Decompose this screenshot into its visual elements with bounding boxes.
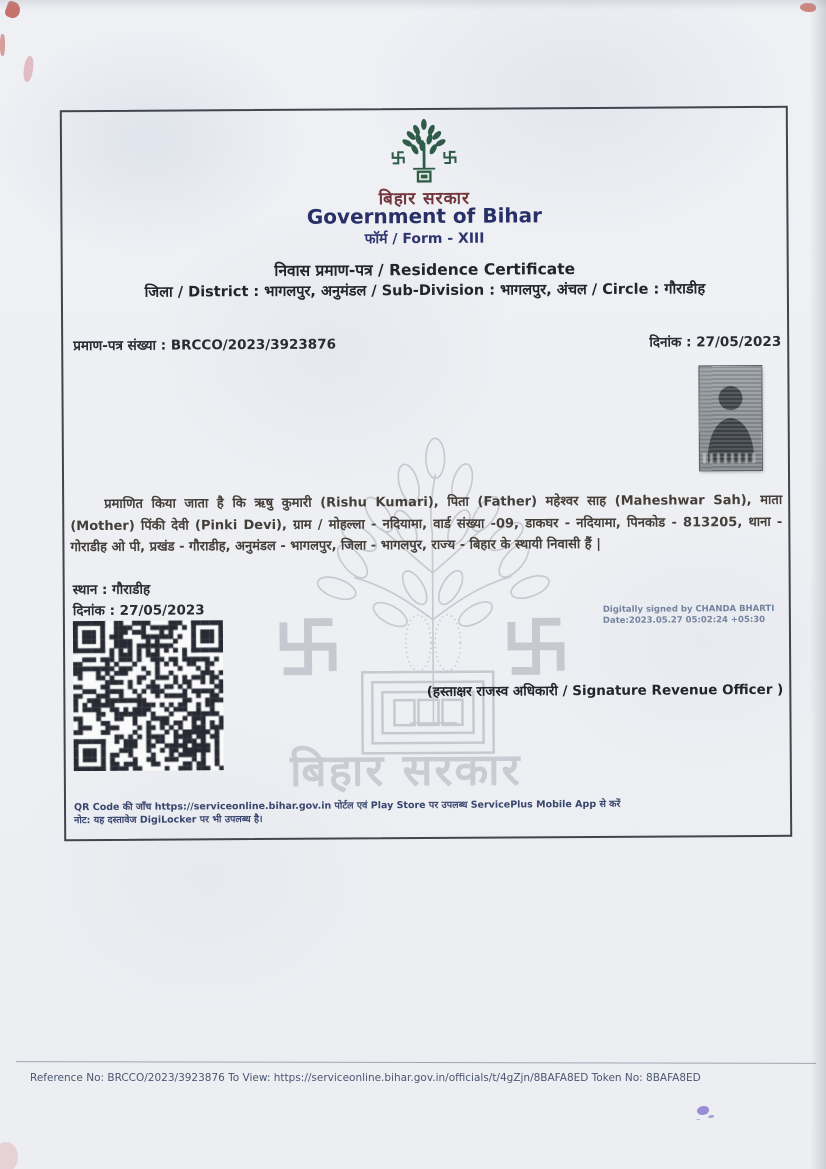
watermark-swastika-right-icon <box>501 611 571 681</box>
district-subdivision-circle-line: जिला / District : भागलपुर, अनुमंडल / Sub… <box>63 278 787 302</box>
bodhi-tree-emblem-icon <box>374 117 474 190</box>
digital-signature-block: Digitally signed by CHANDA BHARTI Date:2… <box>603 604 789 627</box>
reference-line: Reference No: BRCCO/2023/3923876 To View… <box>30 1072 701 1084</box>
ink-splatter <box>697 1106 709 1115</box>
certificate-frame: बिहार सरकार Government of Bihar फॉर्म / … <box>60 106 792 841</box>
watermark-text: बिहार सरकार <box>226 737 586 799</box>
certificate-issue-date-top: दिनांक : 27/05/2023 <box>649 332 781 351</box>
issue-date: दिनांक : 27/05/2023 <box>73 600 205 619</box>
scanner-artifact-pink-left <box>22 56 35 83</box>
qr-code <box>73 620 224 771</box>
watermark-tree <box>271 357 594 789</box>
watermark-swastika-left-icon <box>273 612 343 682</box>
certificate-number: प्रमाण-पत्र संख्या : BRCCO/2023/3923876 <box>73 335 336 355</box>
signature-revenue-officer-line: (हस्ताक्षर राजस्व अधिकारी / Signature Re… <box>427 680 784 700</box>
scanner-artifact-red-left <box>0 34 5 56</box>
photo-caption-strip <box>703 453 759 463</box>
government-name-english: Government of Bihar <box>62 202 786 230</box>
footer-separator-line <box>16 1061 816 1064</box>
certificate-body-paragraph: प्रमाणित किया जाता है कि ऋषु कुमारी (Ris… <box>70 490 782 559</box>
page-edge-shadow-right <box>810 0 826 1169</box>
scanned-page: बिहार सरकार Government of Bihar फॉर्म / … <box>0 0 826 1169</box>
issue-place: स्थान : गौराडीह <box>73 580 151 598</box>
page-edge-shadow-top <box>0 0 826 10</box>
applicant-photo <box>699 366 762 470</box>
bihar-government-emblem <box>62 115 786 191</box>
digital-signature-line2: Date:2023.05.27 05:02:24 +05:30 <box>603 615 789 627</box>
qr-verification-notes: QR Code की जाँच https://serviceonline.bi… <box>74 797 774 827</box>
form-number: फॉर्म / Form - XIII <box>63 227 787 250</box>
scanner-artifact-pink-bottom-left <box>0 1142 18 1169</box>
